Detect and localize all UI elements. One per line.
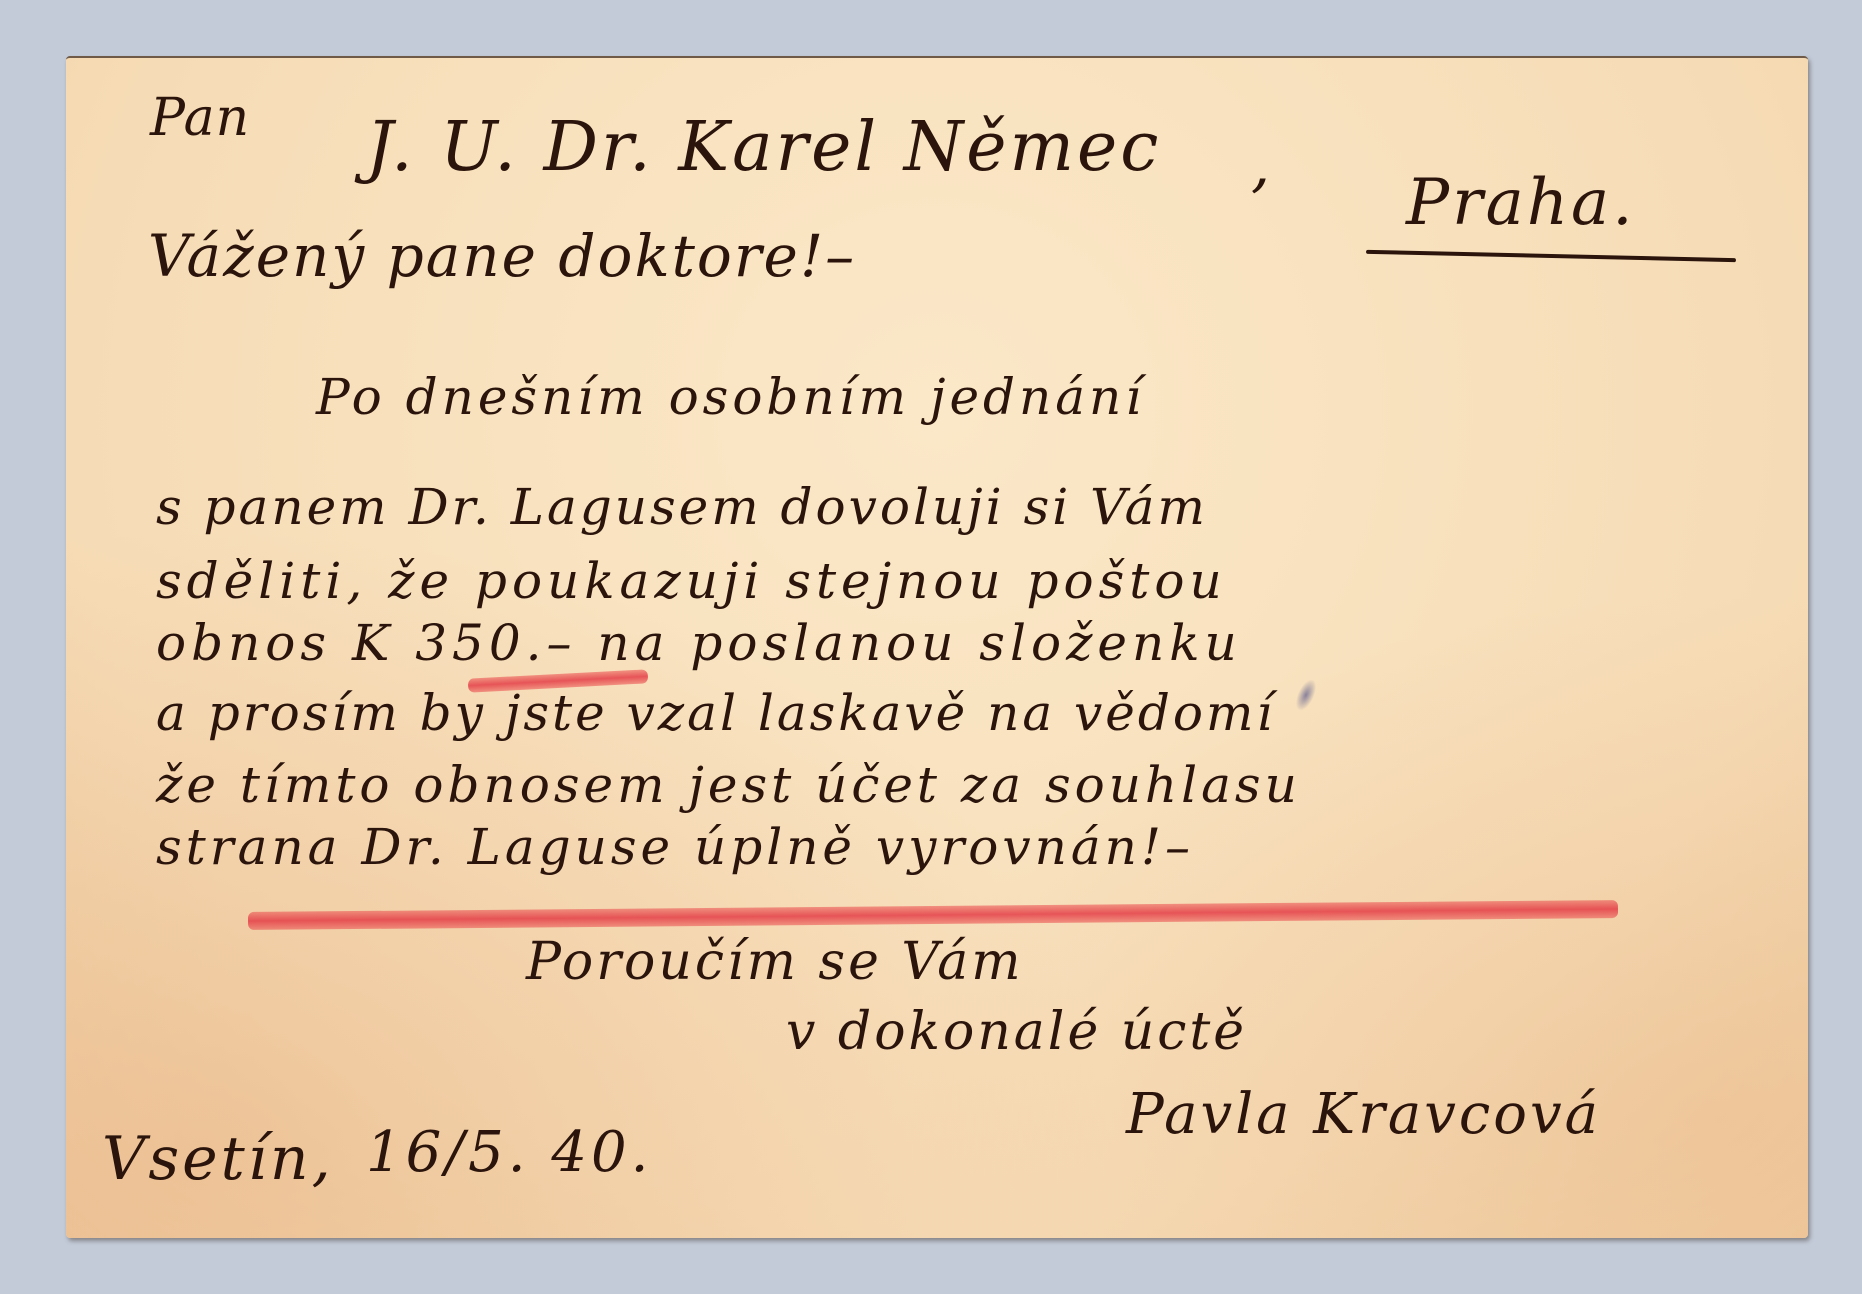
red-pencil-line <box>248 900 1618 930</box>
salutation-prefix: Pan <box>150 88 250 148</box>
date: 16/5. 40. <box>366 1120 652 1185</box>
body-line-1: Po dnešním osobním jednání <box>316 368 1145 426</box>
closing-line-1: Poroučím se Vám <box>526 932 1024 992</box>
body-line-3: sděliti, že poukazuji stejnou poštou <box>156 552 1227 610</box>
place: Vsetín, <box>102 1124 334 1194</box>
city-underline <box>1366 250 1736 262</box>
body-line-4: obnos K 350.– na poslanou složenku <box>156 614 1242 672</box>
address-comma: , <box>1251 130 1271 200</box>
body-line-5: a prosím by jste vzal laskavě na vědomí <box>156 684 1275 742</box>
greeting: Vážený pane doktore!– <box>148 222 856 290</box>
signature: Pavla Kravcová <box>1126 1082 1601 1147</box>
ink-smudge <box>1292 676 1321 714</box>
body-line-7: strana Dr. Laguse úplně vyrovnán!– <box>156 818 1194 876</box>
recipient-city: Praha. <box>1406 166 1636 240</box>
closing-line-2: v dokonalé úctě <box>786 1002 1247 1062</box>
postcard: Pan J. U. Dr. Karel Němec , Praha. Vážen… <box>66 56 1808 1238</box>
body-line-2: s panem Dr. Lagusem dovoluji si Vám <box>156 478 1208 536</box>
body-line-6: že tímto obnosem jest účet za souhlasu <box>156 756 1301 814</box>
recipient-name: J. U. Dr. Karel Němec <box>366 108 1161 187</box>
